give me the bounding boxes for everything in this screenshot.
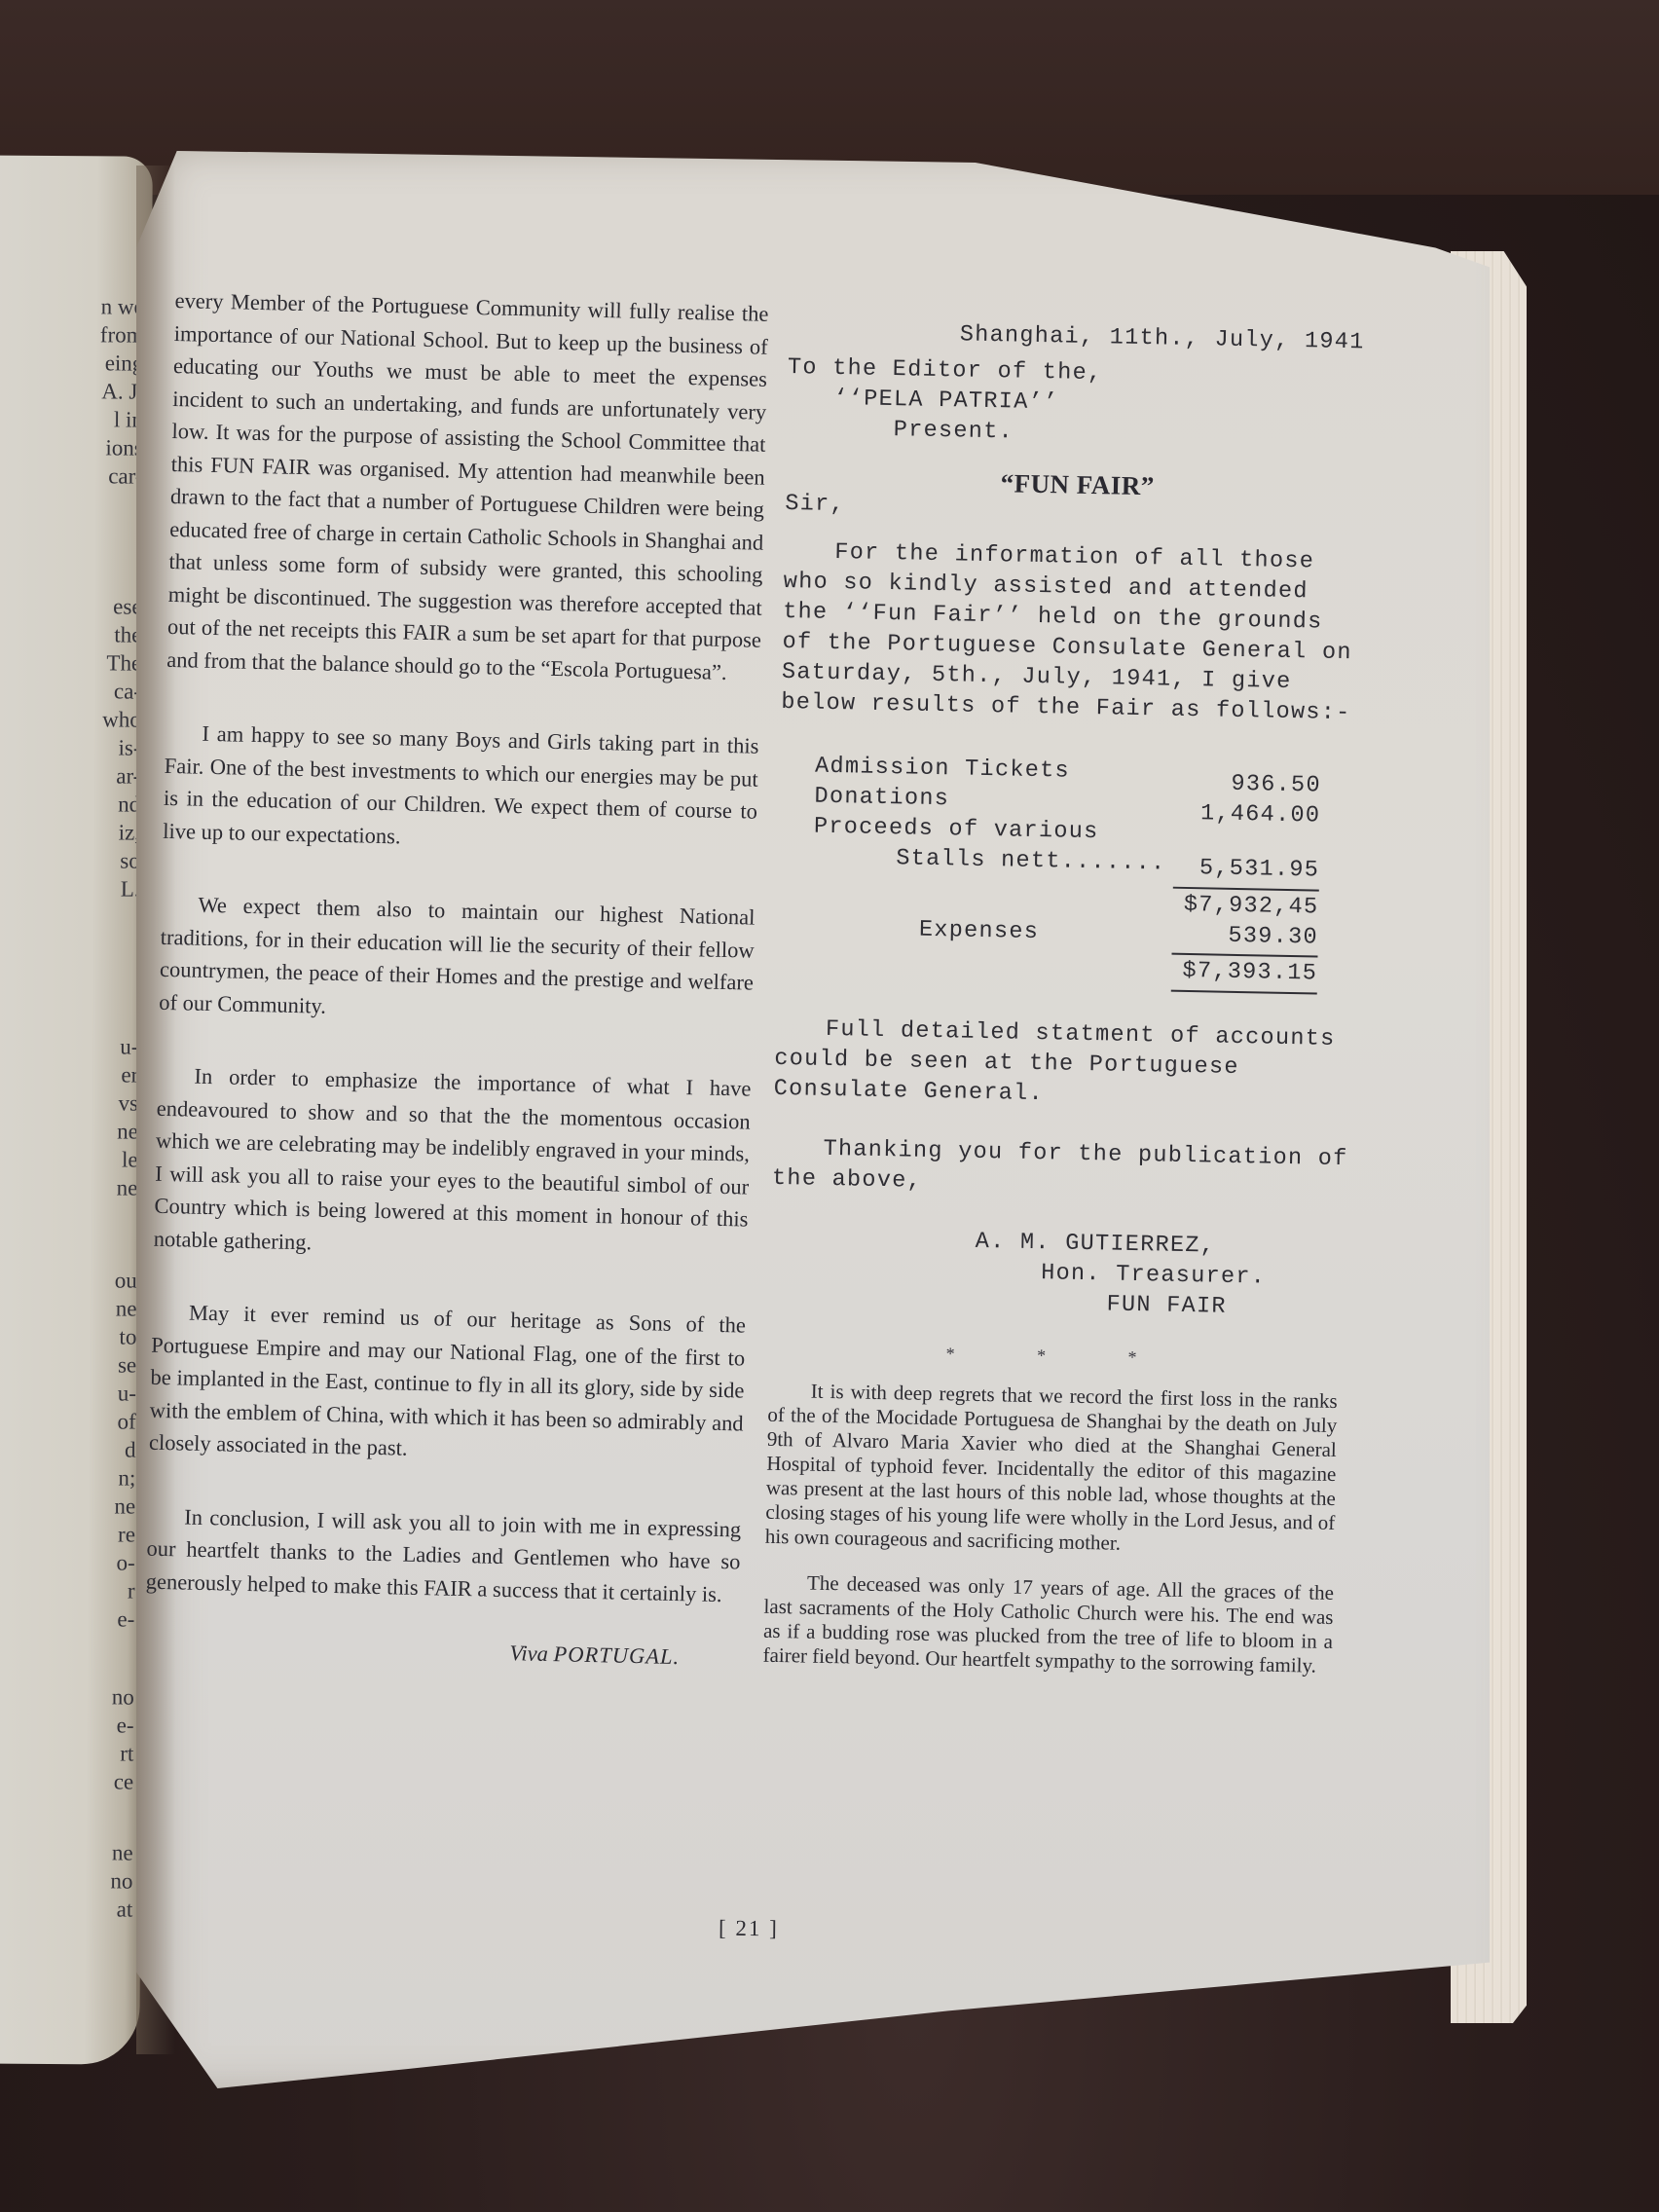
- fragment-line: o-: [113, 1548, 135, 1576]
- section-separator: * * *: [768, 1341, 1352, 1373]
- total-amount: $7,393.15: [1171, 956, 1318, 989]
- fragment-line: is-: [102, 733, 141, 761]
- account-label: Stalls nett.......: [813, 842, 1166, 879]
- fragment-text-bottom2: ne no at: [110, 1838, 133, 1923]
- obituary-paragraph: It is with deep regrets that we record t…: [765, 1379, 1338, 1560]
- accounts-table: Admission Tickets 936.50 Donations 1,464…: [811, 752, 1322, 995]
- total-underline: [1171, 990, 1317, 995]
- fragment-line: e-: [111, 1711, 133, 1739]
- page-number: [ 21 ]: [719, 1916, 779, 1942]
- account-label: Donations: [814, 782, 949, 815]
- fragment-line: re: [113, 1520, 135, 1548]
- expenses-label: Expenses: [812, 913, 1040, 947]
- fragment-line: rt: [111, 1739, 133, 1767]
- speech-paragraph: In conclusion, I will ask you all to joi…: [145, 1499, 741, 1610]
- fragment-line: ar-: [102, 761, 141, 790]
- fragment-line: no: [110, 1866, 132, 1895]
- fragment-line: ne: [111, 1838, 133, 1866]
- letter-column: Shanghai, 11th., July, 1941 To the Edito…: [762, 316, 1373, 1700]
- speech-paragraph: We expect them also to maintain our high…: [159, 888, 756, 1032]
- account-amount: 1,464.00: [1174, 798, 1321, 831]
- subtotal-amount: $7,932,45: [1172, 890, 1319, 923]
- fragment-line: at: [110, 1895, 132, 1923]
- speech-paragraph: In order to emphasize the importance of …: [153, 1059, 751, 1269]
- fragment-line: ne: [113, 1492, 135, 1520]
- fragment-line: ne: [117, 1173, 138, 1201]
- fragment-line: e-: [112, 1604, 134, 1633]
- obituary: It is with deep regrets that we record t…: [762, 1379, 1338, 1678]
- fragment-line: no: [112, 1682, 134, 1711]
- fragment-line: nd: [101, 790, 140, 818]
- thanks-paragraph: Thanking you for the publication of the …: [772, 1133, 1357, 1205]
- fragment-line: le: [117, 1145, 138, 1173]
- account-amount: 936.50: [1175, 768, 1322, 801]
- fragment-line: who: [102, 705, 141, 733]
- obituary-paragraph: The deceased was only 17 years of age. A…: [762, 1570, 1334, 1678]
- fragment-line: to: [114, 1322, 136, 1350]
- statement-paragraph: Full detailed statment of accounts could…: [773, 1014, 1359, 1116]
- fragment-line: ou: [115, 1266, 137, 1294]
- thanks-text: Thanking you for the publication of the …: [772, 1136, 1348, 1195]
- fragment-line: se: [114, 1350, 136, 1379]
- fragment-line: u-: [114, 1379, 136, 1407]
- closing-country: PORTUGAL.: [553, 1641, 680, 1669]
- speech-paragraph: every Member of the Portuguese Community…: [166, 284, 769, 689]
- fragment-line: d: [113, 1435, 135, 1463]
- speech-paragraph: May it ever remind us of our heritage as…: [149, 1296, 747, 1472]
- previous-page-fragment: n we from eing A. J. l in ions car- ese …: [0, 155, 153, 2064]
- account-amount: 5,531.95: [1173, 853, 1320, 886]
- fragment-line: r: [112, 1576, 134, 1604]
- fragment-line: of: [114, 1407, 136, 1435]
- expenses-amount: 539.30: [1172, 920, 1319, 953]
- speech-paragraph: I am happy to see so many Boys and Girls…: [163, 717, 759, 861]
- closing-viva: Viva: [509, 1641, 548, 1666]
- fragment-line: L.: [101, 874, 140, 903]
- speech-column: every Member of the Portuguese Community…: [144, 284, 769, 1675]
- intro-text: For the information of all those who so …: [781, 539, 1352, 726]
- fragment-text-bottom: no e- rt ce: [111, 1682, 134, 1795]
- fragment-line: ce: [111, 1767, 133, 1795]
- fragment-text-lower2: ou ne to se u- of d n; ne re o- r e-: [112, 1266, 137, 1633]
- signature-org: FUN FAIR: [974, 1287, 1354, 1324]
- fragment-line: ne: [117, 1117, 138, 1145]
- account-label: Admission Tickets: [815, 752, 1070, 787]
- fragment-line: ne: [114, 1294, 136, 1322]
- letter-signature: A. M. GUTIERREZ, Hon. Treasurer. FUN FAI…: [769, 1223, 1355, 1325]
- fragment-line: so: [101, 846, 140, 874]
- fragment-line: n;: [113, 1463, 135, 1492]
- fragment-line: iz,: [101, 818, 140, 846]
- letter-intro-paragraph: For the information of all those who so …: [781, 536, 1368, 728]
- fragment-line: vs: [117, 1088, 138, 1117]
- statement-text: Full detailed statment of accounts could…: [774, 1016, 1336, 1107]
